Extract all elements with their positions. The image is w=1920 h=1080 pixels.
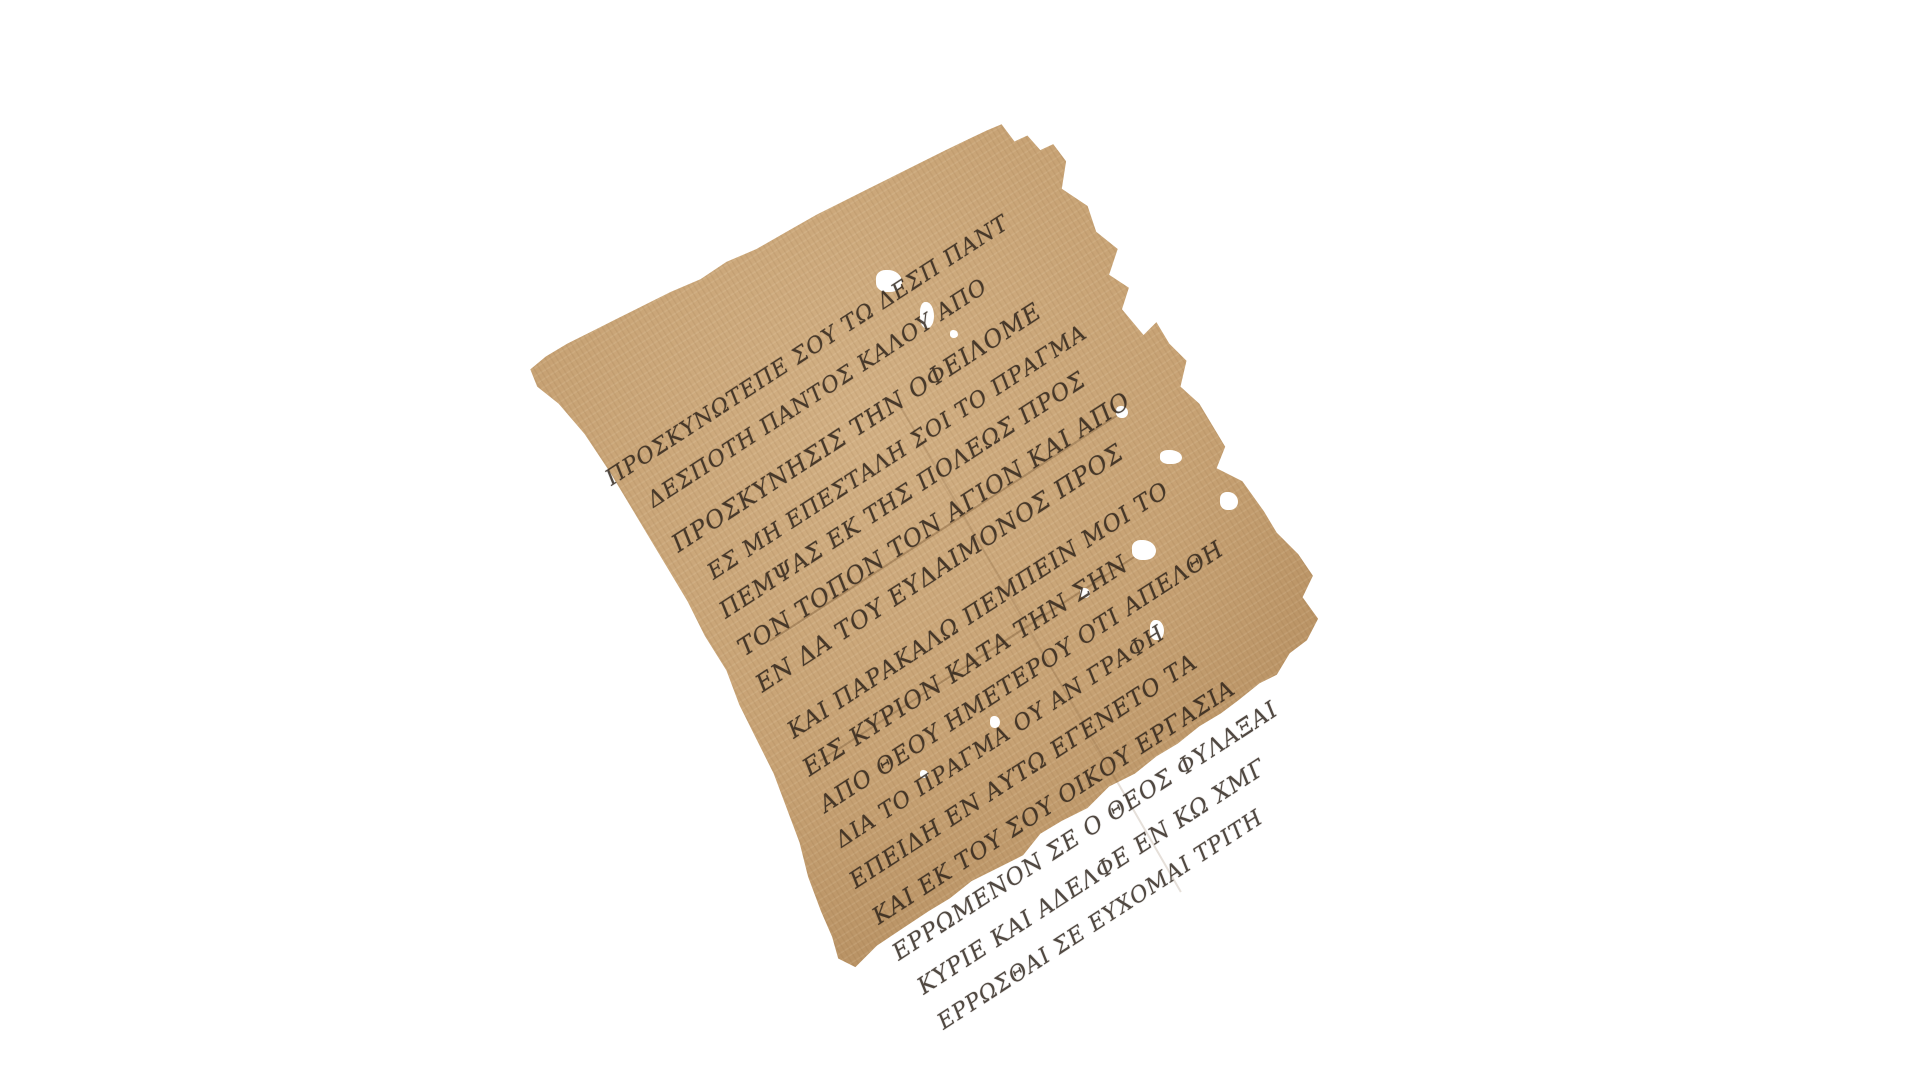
papyrus-surface xyxy=(520,120,1380,980)
papyrus-hole xyxy=(990,716,1000,728)
papyrus-hole xyxy=(1150,620,1164,640)
papyrus-hole xyxy=(920,770,928,778)
image-canvas: ΠΡΟΣΚΥΝΩΤΕΠΕ ΣΟΥ ΤΩ ΔΕΣΠ ΠΑΝΤ ΔΕΣΠΟΤΗ ΠΑ… xyxy=(0,0,1920,1080)
papyrus-hole xyxy=(1080,588,1090,598)
papyrus-hole xyxy=(950,330,958,338)
papyrus-fragment: ΠΡΟΣΚΥΝΩΤΕΠΕ ΣΟΥ ΤΩ ΔΕΣΠ ΠΑΝΤ ΔΕΣΠΟΤΗ ΠΑ… xyxy=(520,120,1380,980)
papyrus-hole xyxy=(920,302,934,328)
papyrus-hole xyxy=(1132,540,1156,560)
papyrus-hole xyxy=(1116,406,1128,418)
papyrus-hole xyxy=(1220,492,1238,510)
papyrus-hole xyxy=(1160,450,1182,464)
papyrus-hole xyxy=(876,270,902,292)
